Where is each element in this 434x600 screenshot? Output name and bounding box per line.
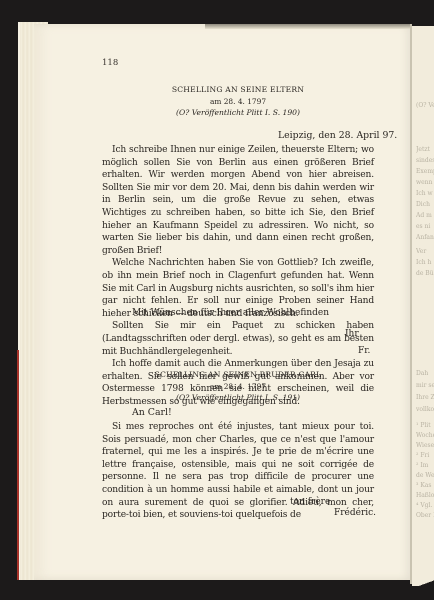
letter1-heading: SCHELLING AN SEINE ELTERN am 28. 4. 1797… (102, 84, 374, 119)
facing-page-fragment: Anfan (416, 232, 434, 243)
facing-page-fragment: Ober I (416, 510, 434, 521)
letter2-title: SCHELLING AN SEINEN BRUDER CARL (102, 369, 374, 381)
letter1-paragraph: Sollten Sie mir ein Paquet zu schicken h… (102, 320, 374, 358)
book-cover-edge (17, 350, 19, 580)
facing-page-fragment: Dich (416, 199, 434, 210)
facing-page-fragment: Ihre Zu (416, 392, 434, 403)
letter1-place-date: Leipzig, den 28. April 97. (278, 130, 397, 141)
book-gutter (410, 24, 412, 584)
facing-page-fragment: (O? Ve (416, 100, 434, 111)
letter2-heading: SCHELLING AN SEINEN BRUDER CARL am 28. 4… (102, 369, 374, 404)
facing-page-fragment: Ich h (416, 257, 434, 268)
letter2-body: Si mes reproches ont été injustes, tant … (102, 421, 374, 522)
facing-page-fragment: wenn (416, 177, 434, 188)
letter1-signature-ihr: Ihr (345, 329, 359, 339)
page-number: 118 (102, 58, 118, 68)
letter1-source: (O? Veröffentlicht Plitt I. S. 190) (102, 107, 374, 119)
page-top-shadow (205, 24, 412, 29)
facing-page-fragment: sindes (416, 155, 434, 166)
facing-page-fragment: es ni (416, 221, 434, 232)
facing-page-fragment: Dah (416, 368, 434, 379)
letter2-signature: Frédéric. (334, 508, 376, 518)
letter1-date: am 28. 4. 1797 (102, 96, 374, 107)
letter1-paragraph: Ich schreibe Ihnen nur einige Zeilen, th… (102, 144, 374, 257)
letter1-closing: Mit Wünschen für Ihrer aller Wohlbefinde… (132, 308, 329, 318)
letter1-title: SCHELLING AN SEINE ELTERN (102, 84, 374, 96)
background-corner (400, 575, 434, 600)
letter1-signature: Fr. (358, 346, 370, 356)
facing-page-fragment: Exemp (416, 166, 434, 177)
facing-page-fragment: Jetzt (416, 144, 434, 155)
facing-page-fragment: mir se (416, 380, 434, 391)
facing-page-fragment: Ad m (416, 210, 434, 221)
facing-page-fragment: vollkom (416, 404, 434, 415)
letter2-paragraph: Si mes reproches ont été injustes, tant … (102, 421, 374, 522)
letter2-date: am 28. 4. 1797 (102, 381, 374, 392)
letter2-closing: ton frère (290, 497, 330, 507)
facing-page-fragment: Ich w (416, 188, 434, 199)
letter2-source: (O? Veröffentlicht Plitt I. S. 191) (102, 392, 374, 404)
facing-page-fragment: de Bü (416, 268, 434, 279)
letter2-salutation: An Carl! (132, 407, 172, 418)
facing-page-fragment: Ver (416, 246, 434, 257)
